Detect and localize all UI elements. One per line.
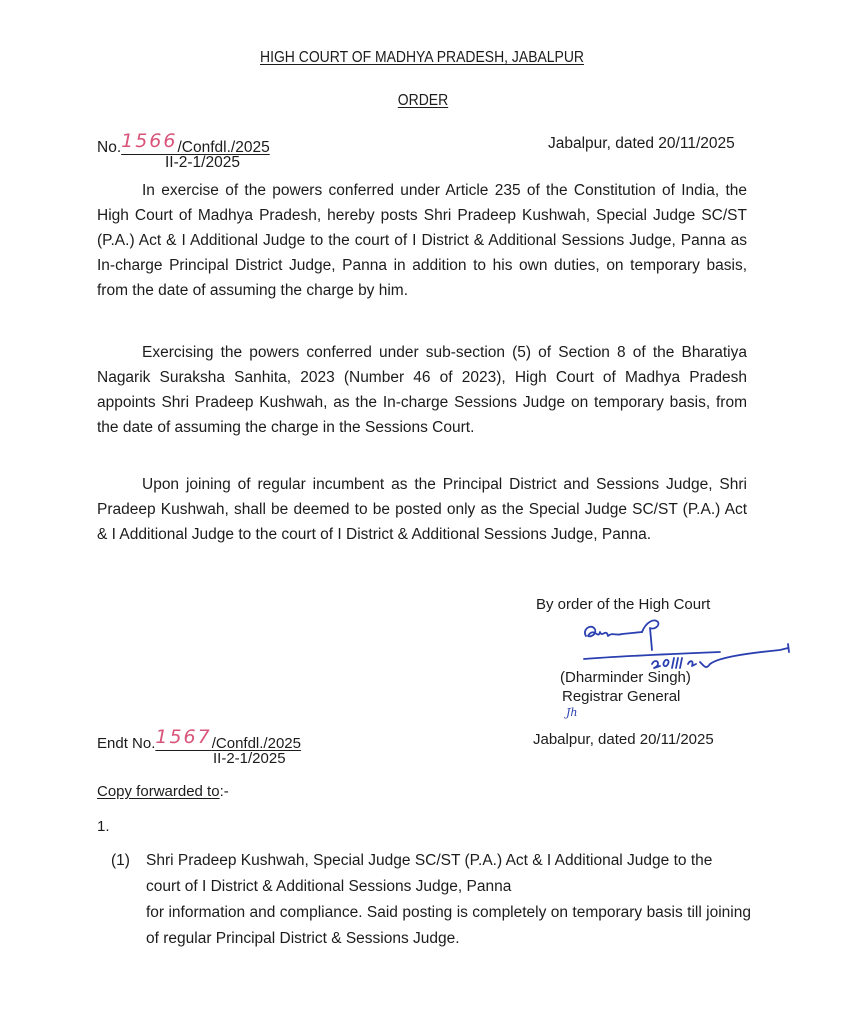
paragraph-2-text: Exercising the powers conferred under su… <box>97 344 747 436</box>
copy-forwarded-heading: Copy forwarded to:- <box>97 783 229 800</box>
paragraph-3: Upon joining of regular incumbent as the… <box>97 472 747 547</box>
list-number: 1. <box>97 818 110 835</box>
authority-line: By order of the High Court <box>536 596 710 613</box>
recipient-address: Shri Pradeep Kushwah, Special Judge SC/S… <box>146 848 751 900</box>
court-title: HIGH COURT OF MADHYA PRADESH, JABALPUR <box>0 49 845 67</box>
initials-mark: Jh <box>566 706 578 719</box>
endorsement-prefix: Endt No. <box>97 735 155 752</box>
signatory-designation: Registrar General <box>562 688 680 705</box>
recipient-label: (1) <box>111 848 130 874</box>
signature-icon <box>580 614 800 672</box>
paragraph-3-text: Upon joining of regular incumbent as the… <box>97 476 747 543</box>
handwritten-endorsement-number: 1567 <box>155 726 211 748</box>
order-file-number: II-2-1/2025 <box>165 154 240 172</box>
endorsement-place-date: Jabalpur, dated 20/11/2025 <box>533 731 714 748</box>
copy-forwarded-label: Copy forwarded to <box>97 783 220 800</box>
order-number-prefix: No. <box>97 139 121 156</box>
endorsement-file-number: II-2-1/2025 <box>213 750 286 767</box>
copy-forwarded-suffix: :- <box>220 783 229 800</box>
order-title-text: ORDER <box>397 92 447 110</box>
handwritten-order-number: 1566 <box>121 130 177 152</box>
paragraph-1: In exercise of the powers conferred unde… <box>97 178 747 303</box>
recipient-body: Shri Pradeep Kushwah, Special Judge SC/S… <box>146 848 751 952</box>
paragraph-1-text: In exercise of the powers conferred unde… <box>97 182 747 299</box>
order-place-date: Jabalpur, dated 20/11/2025 <box>548 135 735 153</box>
court-title-text: HIGH COURT OF MADHYA PRADESH, JABALPUR <box>260 49 584 67</box>
signatory-name: (Dharminder Singh) <box>560 669 691 686</box>
paragraph-2: Exercising the powers conferred under su… <box>97 340 747 440</box>
recipient-instruction: for information and compliance. Said pos… <box>146 900 751 952</box>
recipient-item: (1) Shri Pradeep Kushwah, Special Judge … <box>111 848 751 952</box>
order-title: ORDER <box>0 92 845 110</box>
